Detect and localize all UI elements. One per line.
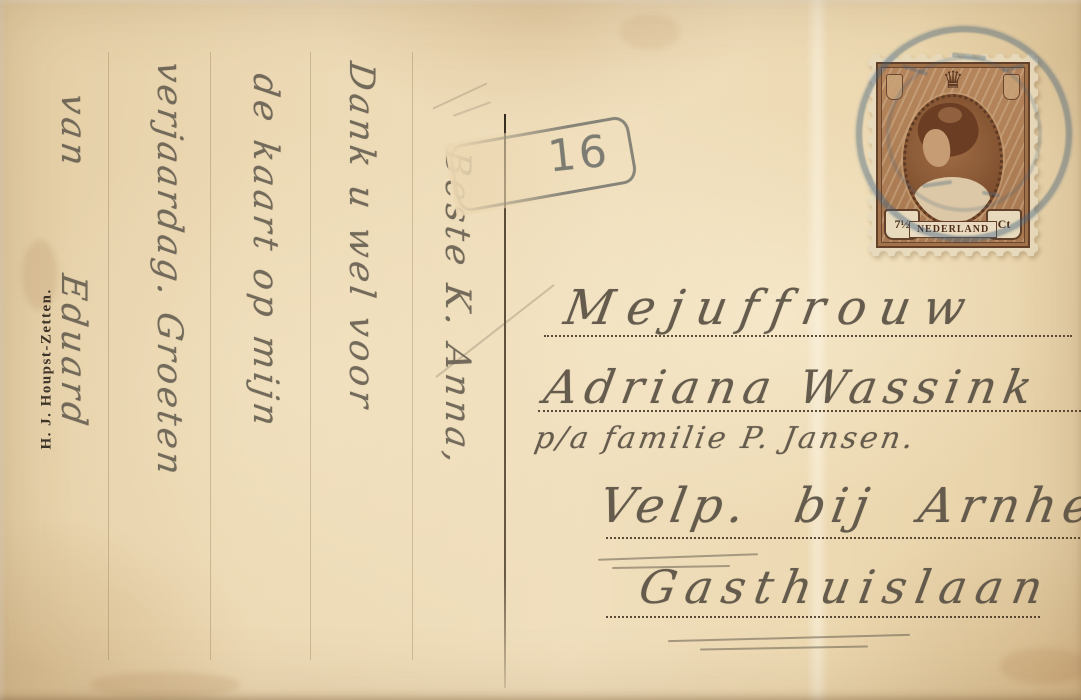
message-line: de kaart op mijn [217,43,313,676]
tax-mark-number: 16 [545,126,612,183]
message-line: verjaardag. Groeten [121,43,217,676]
pencil-flourish [668,634,910,642]
message-line: Dank u wel voor [313,43,409,676]
address-line-care-of: p/a familie P. Jansen. [532,421,919,456]
postmark [856,26,1072,242]
postcard-back: H. J. Houpst-Zetten. Beste K. Anna, Dank… [0,0,1081,700]
stain [90,672,240,698]
stain [620,14,680,50]
address-line-town: Velp. bij Arnhem [595,478,1081,534]
stain [1000,648,1081,684]
postmark-smudge [1002,63,1024,72]
address-line-recipient-title: Mejuffrouw [560,280,983,336]
dotted-address-line [606,537,1080,539]
postmark-inner-circle [886,56,1042,212]
address-line-street: Gasthuislaan [635,560,1056,614]
message-handwriting: Beste K. Anna, Dank u wel voor de kaart … [25,50,505,670]
address-line-recipient-name: Adriana Wassink [540,360,1043,414]
message-line: van Eduard [25,43,121,676]
pencil-flourish [700,646,868,651]
dotted-address-line [606,616,1040,618]
